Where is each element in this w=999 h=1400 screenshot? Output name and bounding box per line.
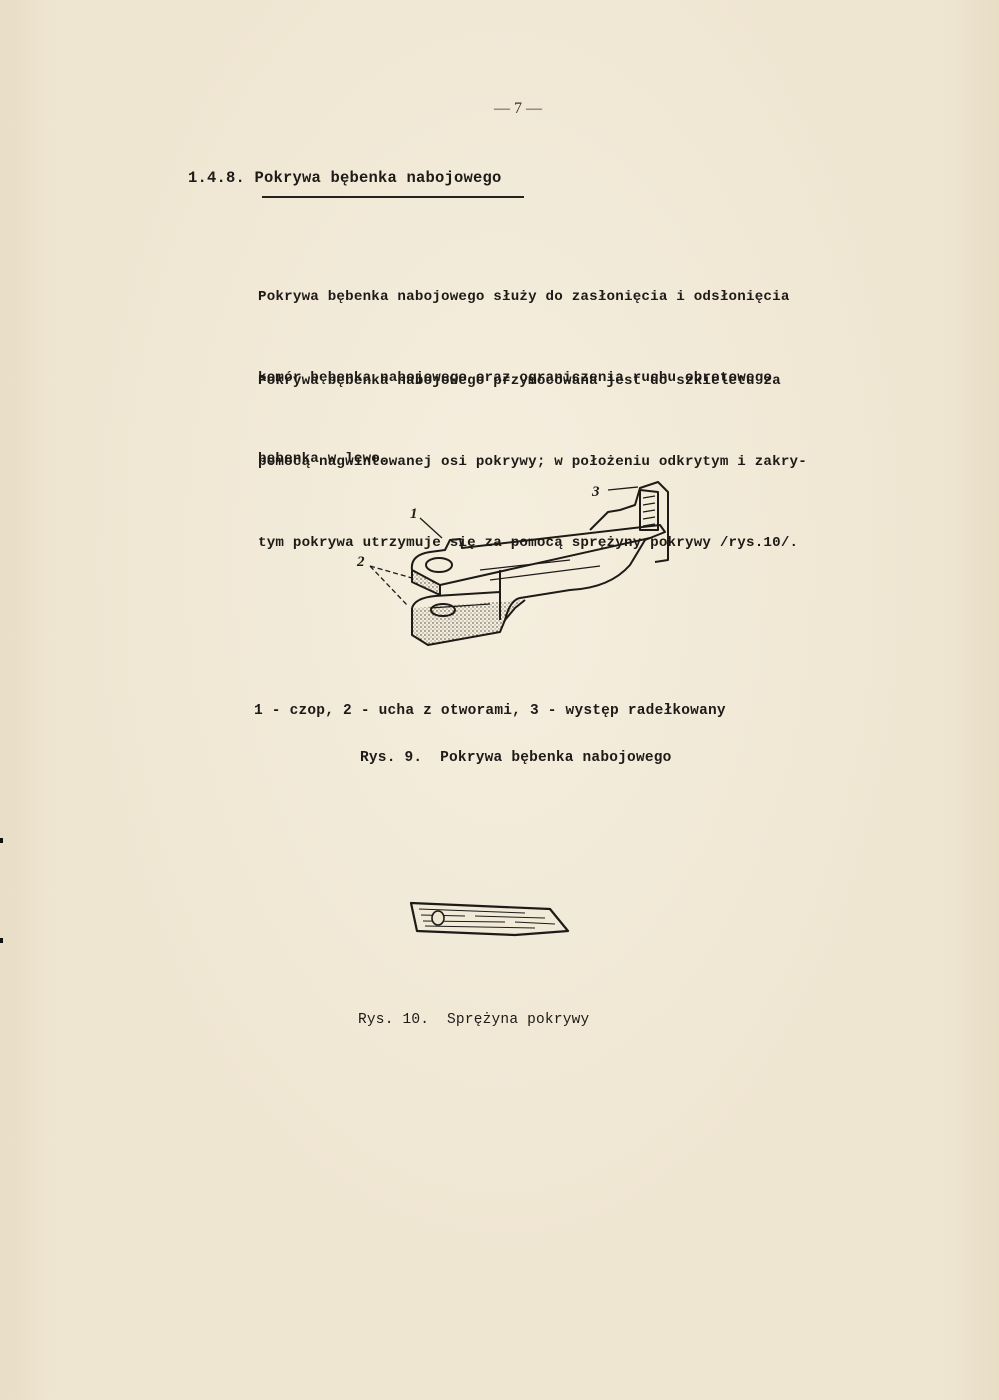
figure-10-spring-illustration (405, 893, 575, 948)
figure-9-label-3: 3 (591, 484, 600, 500)
figure-9-caption: Rys. 9. Pokrywa bębenka nabojowego (360, 750, 672, 766)
scan-edge-mark (0, 938, 3, 943)
heading-underline (262, 196, 524, 198)
scan-edge-mark (0, 838, 3, 843)
page-number: — 7 — (494, 100, 542, 118)
paragraph-line: Pokrywa bębenka nabojowego służy do zasł… (258, 284, 898, 311)
figure-9-label-2: 2 (356, 554, 365, 570)
section-heading: 1.4.8. Pokrywa bębenka nabojowego (188, 169, 502, 187)
figure-10-caption: Rys. 10. Sprężyna pokrywy (358, 1012, 589, 1028)
figure-9-legend: 1 - czop, 2 - ucha z otworami, 3 - wystę… (254, 703, 726, 719)
paragraph-line: Pokrywa bębenka nabojowego przymocowana … (258, 368, 898, 395)
figure-9-drum-cover-illustration: 1 2 3 (340, 470, 690, 670)
figure-9-label-1: 1 (410, 506, 418, 522)
